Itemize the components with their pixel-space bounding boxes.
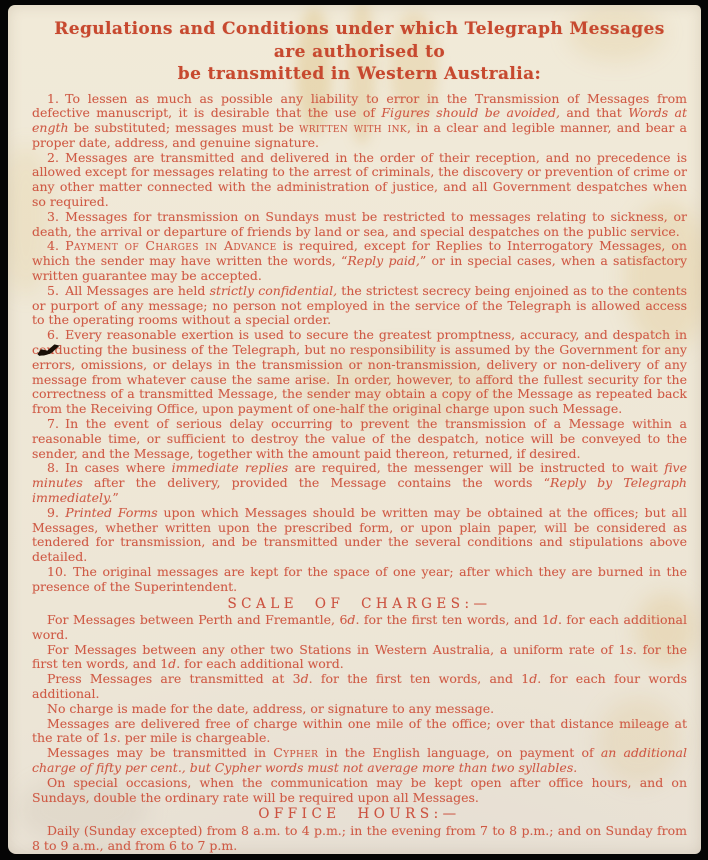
document-paragraph: 5. All Messages are held strictly confid… <box>32 284 687 328</box>
section-heading: OFFICE HOURS:— <box>32 807 687 823</box>
body-text: 3. Messages for transmission on Sundays … <box>32 209 687 239</box>
small-caps-text: Payment of Charges in Advance <box>65 238 276 253</box>
body-text: 4. <box>47 238 65 253</box>
body-text: are required, the messenger will be inst… <box>288 460 664 475</box>
body-text: On special occasions, when the communica… <box>32 775 687 805</box>
document-paragraph: Daily (Sunday excepted) from 8 a.m. to 4… <box>32 824 687 854</box>
italic-text: d <box>550 612 558 627</box>
body-text: and that <box>560 105 628 120</box>
body-text: For Messages between any other two Stati… <box>47 642 626 657</box>
document-paragraph: Messages are delivered free of charge wi… <box>32 717 687 747</box>
italic-text: Figures should be avoided, <box>381 105 560 120</box>
section-heading: SCALE OF CHARGES:— <box>32 597 687 613</box>
small-caps-text: Cypher <box>273 745 318 760</box>
body-text: in the English language, on payment of <box>318 745 600 760</box>
body-text: 7. In the event of serious delay occurri… <box>32 416 687 461</box>
body-text: . per mile is chargeable. <box>117 730 271 745</box>
document-title: Regulations and Conditions under which T… <box>38 18 681 86</box>
photo-background: { "colors": { "ink": "#cf5a45", "title_i… <box>0 0 708 860</box>
body-text: 8. In cases where <box>47 460 172 475</box>
italic-text: d <box>301 671 309 686</box>
document-paragraph: No charge is made for the date, address,… <box>32 702 687 717</box>
body-text: . for the first ten words, and 1 <box>309 671 530 686</box>
italic-text: strictly confidential, <box>210 283 338 298</box>
body-text: 10. The original messages are kept for t… <box>32 564 687 594</box>
document-paragraph: Messages may be transmitted in Cypher in… <box>32 746 687 776</box>
body-text: Messages may be transmitted in <box>47 745 273 760</box>
document-paragraph: 9. Printed Forms upon which Messages sho… <box>32 506 687 565</box>
body-text: after the delivery, provided the Message… <box>83 475 550 490</box>
italic-text: immediate replies <box>172 460 289 475</box>
document-body: 1. To lessen as much as possible any lia… <box>32 92 687 854</box>
document-title-line2: be transmitted in Western Australia: <box>38 63 681 86</box>
body-text: No charge is made for the date, address,… <box>47 701 494 716</box>
small-caps-text: written with ink <box>299 120 407 135</box>
italic-text: Printed Forms <box>65 505 157 520</box>
aged-paper-sheet: Regulations and Conditions under which T… <box>8 5 701 854</box>
document-paragraph: 3. Messages for transmission on Sundays … <box>32 210 687 240</box>
body-text: 9. <box>47 505 65 520</box>
body-text: 6. Every reasonable exertion is used to … <box>32 327 687 416</box>
document-paragraph: 7. In the event of serious delay occurri… <box>32 417 687 461</box>
body-text: . for the first ten words, and 1 <box>355 612 549 627</box>
document-paragraph: On special occasions, when the communica… <box>32 776 687 806</box>
document-paragraph: 4. Payment of Charges in Advance is requ… <box>32 239 687 283</box>
document-paragraph: 6. Every reasonable exertion is used to … <box>32 328 687 417</box>
body-text: For Messages between Perth and Fremantle… <box>47 612 347 627</box>
document-content: Regulations and Conditions under which T… <box>8 5 701 854</box>
document-paragraph: For Messages between Perth and Fremantle… <box>32 613 687 643</box>
document-paragraph: 8. In cases where immediate replies are … <box>32 461 687 505</box>
document-paragraph: For Messages between any other two Stati… <box>32 643 687 673</box>
body-text: ” <box>112 490 118 505</box>
body-text: 2. Messages are transmitted and delivere… <box>32 150 687 209</box>
italic-text: d <box>168 656 176 671</box>
document-paragraph: 1. To lessen as much as possible any lia… <box>32 92 687 151</box>
document-paragraph: 10. The original messages are kept for t… <box>32 565 687 595</box>
body-text: 5. All Messages are held <box>47 283 210 298</box>
document-paragraph: Press Messages are transmitted at 3d. fo… <box>32 672 687 702</box>
document-title-line1: Regulations and Conditions under which T… <box>38 18 681 63</box>
italic-text: Reply paid, <box>347 253 420 268</box>
body-text: . for each additional word. <box>176 656 344 671</box>
document-paragraph: 2. Messages are transmitted and delivere… <box>32 151 687 210</box>
body-text: Daily (Sunday excepted) from 8 a.m. to 4… <box>32 823 687 853</box>
body-text: be substituted; messages must be <box>69 120 300 135</box>
body-text: Press Messages are transmitted at 3 <box>47 671 301 686</box>
